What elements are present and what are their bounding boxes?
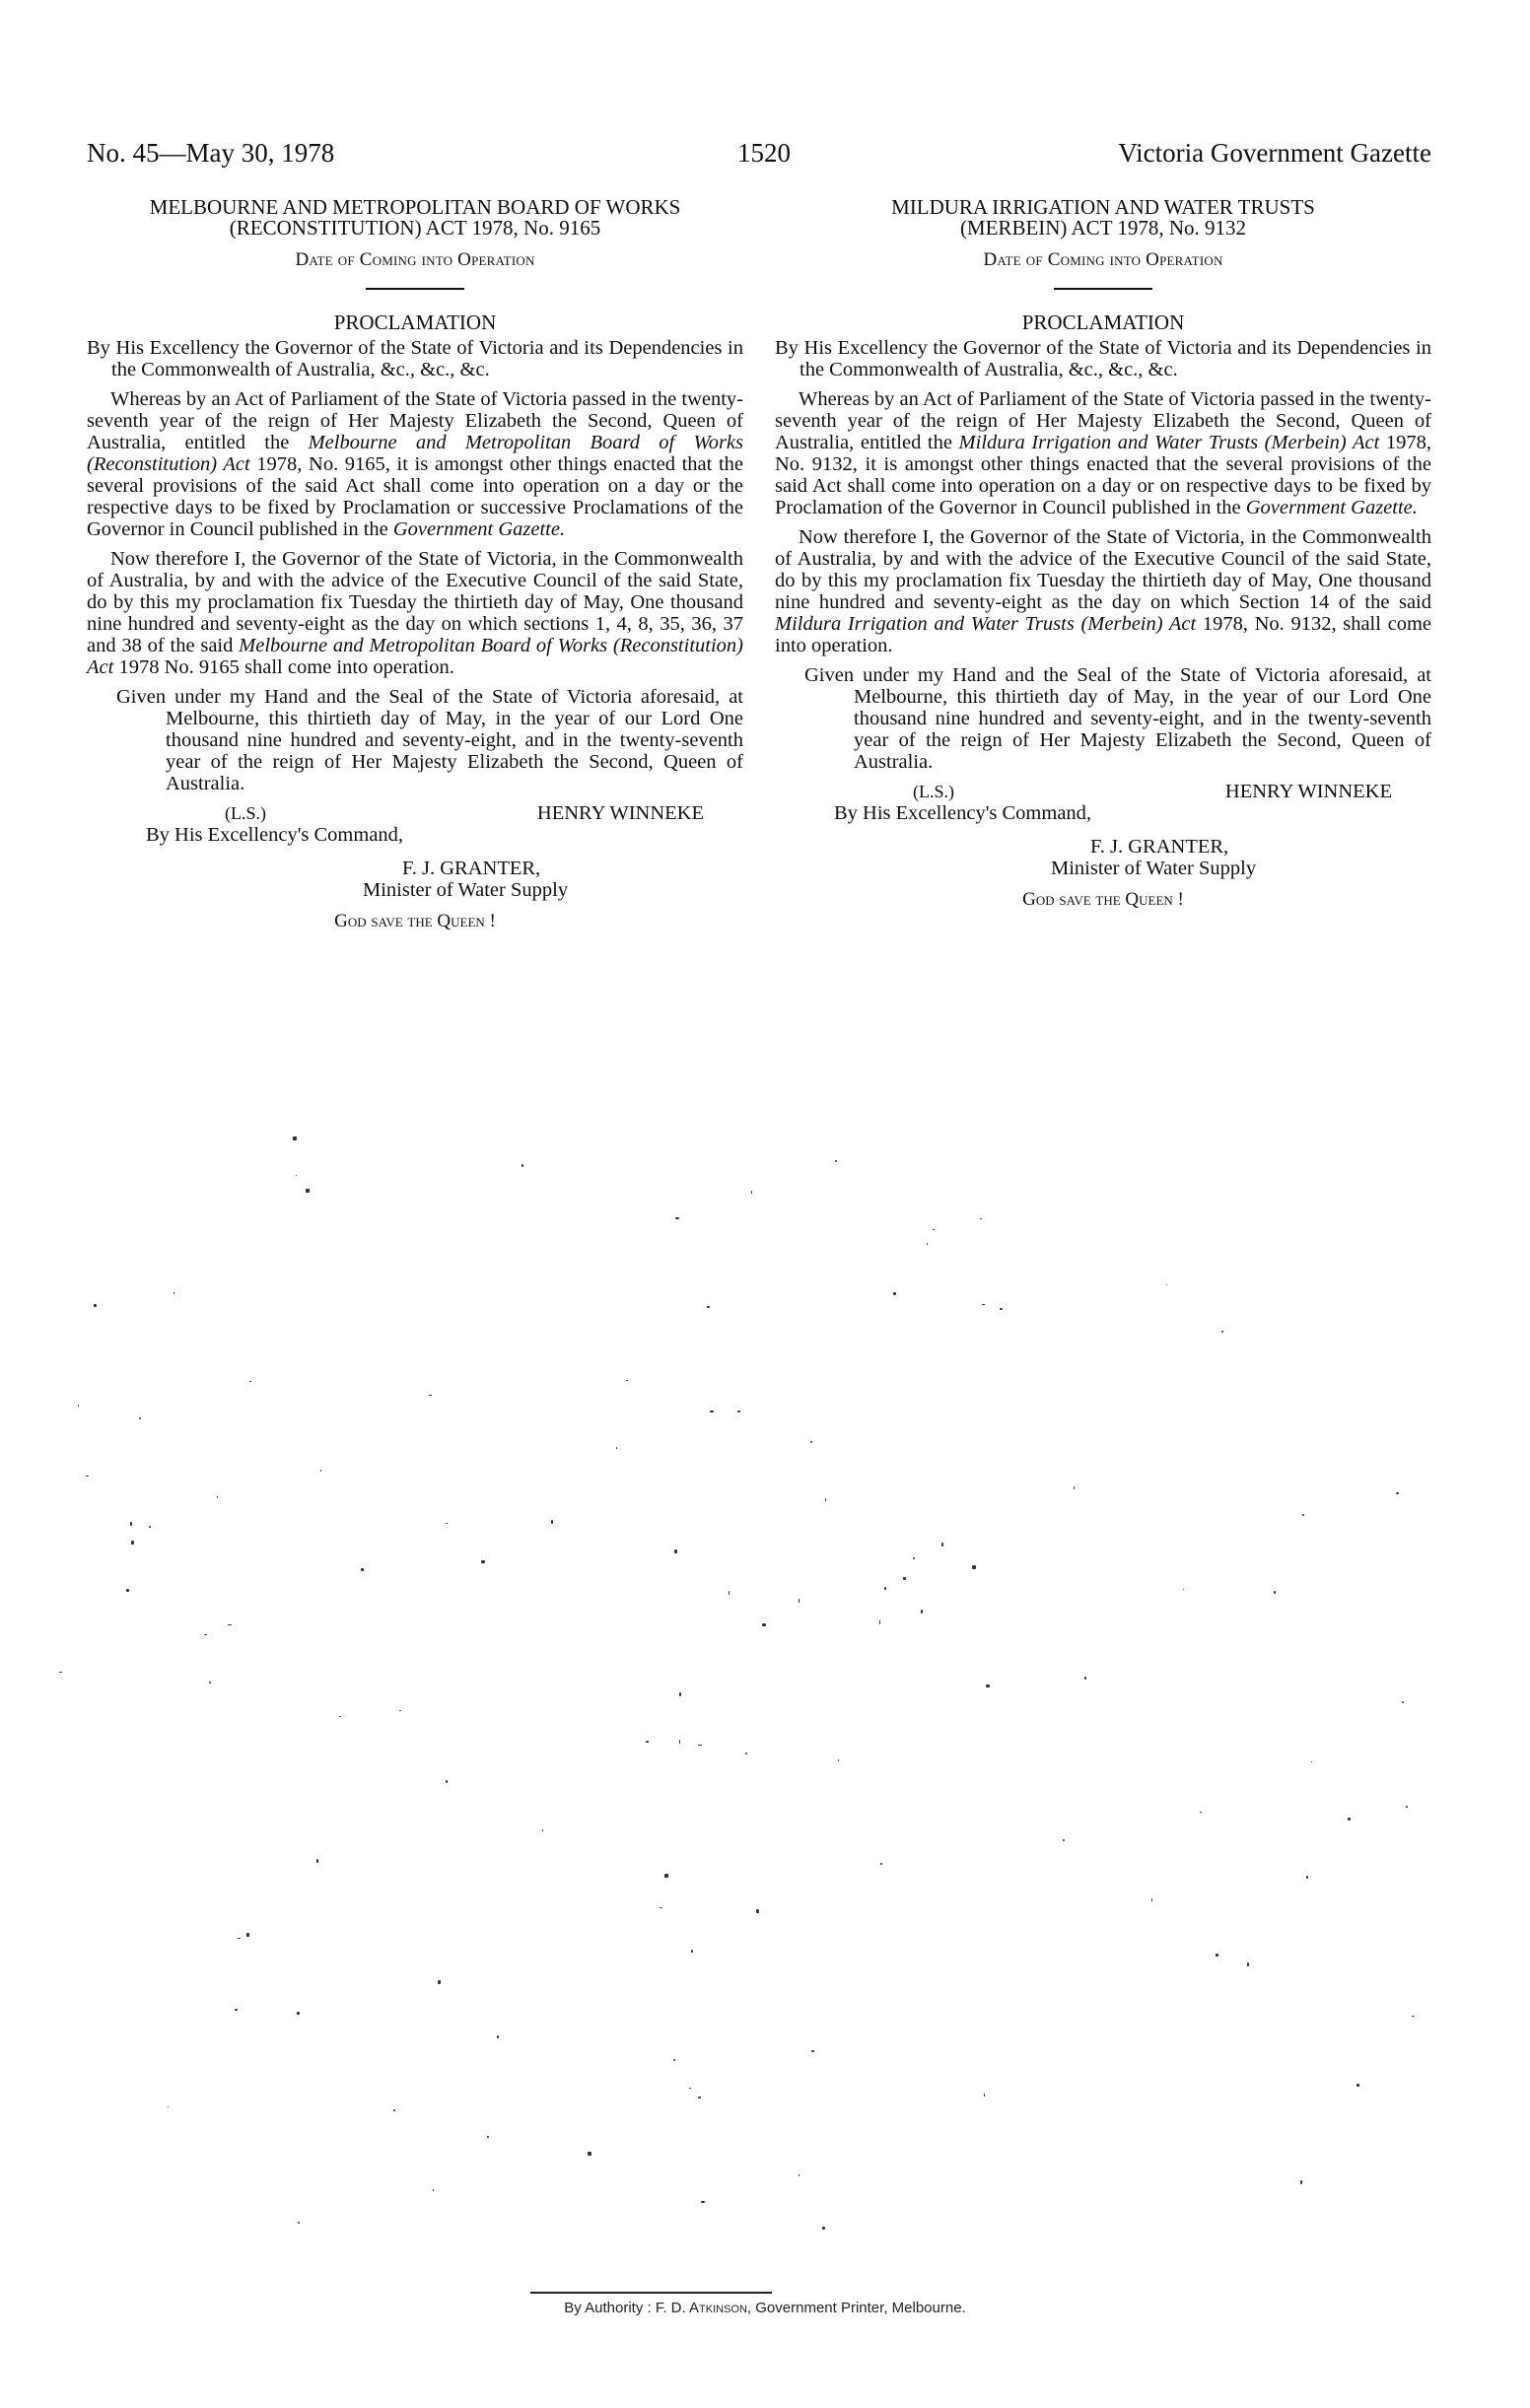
notice-right: MILDURA IRRIGATION AND WATER TRUSTS (MER… <box>775 197 1431 911</box>
now-text: 1978 No. 9165 shall come into operation. <box>113 656 454 678</box>
speck <box>306 1189 310 1193</box>
speck <box>393 2109 395 2111</box>
act-title-line1: MELBOURNE AND METROPOLITAN BOARD OF WORK… <box>87 197 743 218</box>
authority-label: By Authority : <box>564 2300 651 2316</box>
speck <box>893 1292 896 1295</box>
speck <box>903 1577 906 1580</box>
proclamation-heading: PROCLAMATION <box>775 311 1431 333</box>
speck <box>679 1692 680 1696</box>
speck <box>497 2035 499 2038</box>
now-therefore-paragraph: Now therefore I, the Governor of the Sta… <box>775 526 1431 656</box>
speck <box>1063 1839 1065 1841</box>
speck <box>204 1634 207 1635</box>
speck <box>78 1405 79 1407</box>
speck <box>698 1745 702 1746</box>
speck <box>487 2136 490 2138</box>
gazette-name: Government Gazette. <box>1246 497 1418 518</box>
speck <box>1216 1954 1218 1957</box>
speck <box>433 2189 434 2191</box>
speck <box>972 1565 975 1568</box>
speck <box>1274 1591 1276 1594</box>
speck <box>293 1136 297 1140</box>
gazette-name: Government Gazette. <box>393 518 565 540</box>
god-save-the-queen: God save the Queen ! <box>87 911 743 932</box>
date-heading: Date of Coming into Operation <box>87 249 743 271</box>
divider-rule <box>366 288 464 290</box>
speck <box>984 2094 986 2097</box>
speck <box>297 2012 300 2015</box>
speck <box>729 1591 730 1594</box>
speck <box>149 1526 151 1528</box>
speck <box>626 1380 628 1381</box>
speck <box>674 1549 677 1553</box>
speck <box>86 1476 89 1477</box>
speck <box>320 1470 321 1473</box>
speck <box>921 1610 923 1614</box>
speck <box>429 1395 432 1396</box>
speck <box>745 1753 746 1754</box>
speck <box>1348 1818 1351 1821</box>
speck <box>756 1909 759 1913</box>
footer-rule <box>530 2292 772 2294</box>
speck <box>588 2152 591 2156</box>
speck <box>1311 1761 1312 1762</box>
page-header: No. 45—May 30, 1978 1520 Victoria Govern… <box>87 138 1431 173</box>
speck <box>982 1304 985 1306</box>
speck <box>361 1568 364 1571</box>
speck <box>646 1741 649 1743</box>
speck <box>884 1587 886 1590</box>
page-number: 1520 <box>737 138 791 169</box>
proclamation-heading: PROCLAMATION <box>87 311 743 333</box>
whereas-paragraph: Whereas by an Act of Parliament of the S… <box>775 388 1431 518</box>
speck <box>698 2097 701 2098</box>
speck <box>799 1599 800 1603</box>
publication-title: Victoria Government Gazette <box>1118 138 1431 169</box>
speck <box>446 1523 448 1524</box>
speck <box>1221 1331 1223 1333</box>
act-name: Mildura Irrigation and Water Trusts (Mer… <box>959 432 1380 453</box>
speck <box>810 1441 812 1443</box>
issue-date: No. 45—May 30, 1978 <box>87 138 334 169</box>
signature-row: (L.S.) HENRY WINNEKE <box>87 802 743 824</box>
speck <box>838 1759 839 1761</box>
minister-title: Minister of Water Supply <box>775 858 1431 879</box>
act-name: Mildura Irrigation and Water Trusts (Mer… <box>775 613 1196 635</box>
speck <box>438 1980 442 1984</box>
speck <box>238 1938 242 1939</box>
excellency-preamble: By His Excellency the Governor of the St… <box>87 337 743 380</box>
speck <box>1084 1677 1086 1680</box>
speck <box>835 1160 837 1162</box>
speck <box>751 1191 753 1193</box>
whereas-paragraph: Whereas by an Act of Parliament of the S… <box>87 388 743 540</box>
speck <box>298 2222 300 2224</box>
act-title-line2: (RECONSTITUTION) ACT 1978, No. 9165 <box>87 218 743 239</box>
speck <box>246 1933 249 1937</box>
speck <box>1247 1962 1250 1966</box>
now-text: Now therefore I, the Governor of the Sta… <box>775 526 1431 613</box>
printer-location: Government Printer, Melbourne. <box>755 2300 965 2316</box>
speck <box>1074 1486 1075 1488</box>
speck <box>1302 1514 1304 1516</box>
speck <box>399 1710 402 1712</box>
speck <box>1200 1812 1203 1813</box>
speck <box>1300 2180 1302 2184</box>
given-under-paragraph: Given under my Hand and the Seal of the … <box>775 664 1431 773</box>
speck <box>296 1175 297 1176</box>
speck <box>522 1164 522 1167</box>
speck <box>481 1560 485 1563</box>
speck <box>675 1217 679 1220</box>
speck <box>339 1716 341 1717</box>
seal-mark: (L.S.) <box>225 802 266 824</box>
speck <box>879 1620 880 1624</box>
act-title-line1: MILDURA IRRIGATION AND WATER TRUSTS <box>775 197 1431 218</box>
speck <box>811 2050 815 2051</box>
speck <box>737 1410 739 1413</box>
speck <box>446 1780 447 1783</box>
speck <box>209 1682 211 1684</box>
speck <box>825 1498 826 1501</box>
speck <box>139 1417 141 1420</box>
speck <box>986 1685 990 1687</box>
governor-name: HENRY WINNEKE <box>1225 781 1392 802</box>
speck <box>933 1229 935 1230</box>
speck <box>616 1447 617 1449</box>
speck <box>126 1589 129 1592</box>
speck <box>660 1907 662 1908</box>
speck <box>1412 2016 1416 2018</box>
divider-rule <box>1054 288 1152 290</box>
speck <box>1356 2084 1359 2087</box>
speck <box>168 2106 169 2107</box>
speck <box>228 1624 232 1626</box>
speck <box>980 1218 982 1220</box>
speck <box>551 1520 552 1524</box>
speck <box>822 2227 825 2230</box>
speck <box>1166 1284 1167 1285</box>
speck <box>249 1381 251 1382</box>
speck <box>217 1496 218 1498</box>
printer-imprint: By Authority : F. D. Atkinson, Governmen… <box>0 2300 1530 2316</box>
minister-title: Minister of Water Supply <box>87 879 743 901</box>
excellency-preamble: By His Excellency the Governor of the St… <box>775 337 1431 380</box>
speck <box>316 1859 318 1862</box>
given-under-paragraph: Given under my Hand and the Seal of the … <box>87 686 743 794</box>
speck <box>130 1522 132 1526</box>
now-therefore-paragraph: Now therefore I, the Governor of the Sta… <box>87 548 743 678</box>
speck <box>174 1292 174 1294</box>
speck <box>542 1829 543 1831</box>
speck <box>1396 1492 1398 1494</box>
seal-mark: (L.S.) <box>913 781 954 802</box>
speck <box>673 2059 675 2061</box>
signature-row: (L.S.) HENRY WINNEKE <box>775 781 1431 802</box>
speck <box>1406 1806 1408 1808</box>
speck <box>710 1410 713 1412</box>
speck <box>679 1740 680 1743</box>
minister-name: F. J. GRANTER, <box>775 836 1431 858</box>
speck <box>94 1304 97 1307</box>
speck <box>927 1243 928 1245</box>
speck <box>880 1863 882 1864</box>
speck <box>1402 1701 1403 1703</box>
speck <box>691 1950 693 1954</box>
notice-left: MELBOURNE AND METROPOLITAN BOARD OF WORK… <box>87 197 743 932</box>
act-title-line2: (MERBEIN) ACT 1978, No. 9132 <box>775 218 1431 239</box>
speck <box>799 2174 800 2176</box>
speck <box>131 1541 133 1545</box>
speck <box>1306 1876 1308 1879</box>
speck <box>762 1623 766 1626</box>
speck <box>235 2009 239 2011</box>
speck <box>1151 1898 1153 1901</box>
speck <box>1183 1589 1184 1591</box>
speck <box>701 2201 705 2203</box>
speck <box>913 1557 914 1558</box>
speck <box>1000 1308 1003 1310</box>
god-save-the-queen: God save the Queen ! <box>775 889 1431 911</box>
printer-name: F. D. Atkinson, <box>656 2300 751 2316</box>
speck <box>689 2088 691 2089</box>
date-heading: Date of Coming into Operation <box>775 249 1431 271</box>
speck <box>664 1874 668 1878</box>
command-line: By His Excellency's Command, <box>775 802 1431 824</box>
speck <box>941 1543 943 1547</box>
command-line: By His Excellency's Command, <box>87 824 743 846</box>
speck <box>59 1672 61 1673</box>
speck <box>707 1306 709 1308</box>
minister-name: F. J. GRANTER, <box>87 858 743 879</box>
governor-name: HENRY WINNEKE <box>537 802 704 824</box>
